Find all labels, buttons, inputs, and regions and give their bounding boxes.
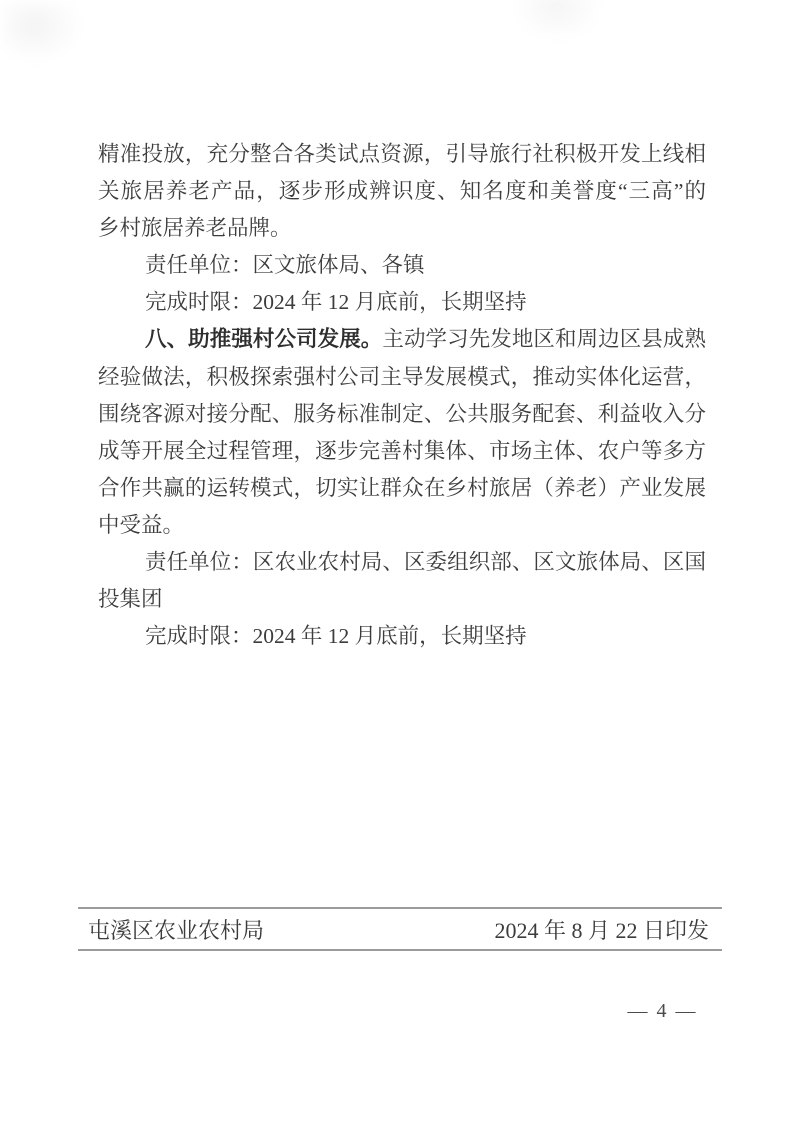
text-line: 责任单位：区文旅体局、各镇 xyxy=(98,247,706,284)
text-line: 八、助推强村公司发展。主动学习先发地区和周边区县成熟 xyxy=(98,321,706,358)
scan-artifact-top-right xyxy=(512,0,602,40)
text-line: 完成时限：2024 年 12 月底前，长期坚持 xyxy=(98,284,706,321)
section-heading: 八、助推强村公司发展。 xyxy=(145,327,382,351)
footer-row: 屯溪区农业农村局 2024 年 8 月 22 日印发 xyxy=(88,909,709,949)
text-line: 责任单位：区农业农村局、区委组织部、区文旅体局、区国 xyxy=(98,544,706,581)
text-line: 中受益。 xyxy=(98,507,706,544)
body-text: 精准投放，充分整合各类试点资源，引导旅行社积极开发上线相关旅居养老产品，逐步形成… xyxy=(98,136,706,655)
text-line: 成等开展全过程管理，逐步完善村集体、市场主体、农户等多方 xyxy=(98,433,706,470)
text-line: 合作共赢的运转模式，切实让群众在乡村旅居（养老）产业发展 xyxy=(98,470,706,507)
page-number: — 4 — xyxy=(620,1000,705,1022)
scan-artifact-top-left xyxy=(4,2,82,62)
text-line: 精准投放，充分整合各类试点资源，引导旅行社积极开发上线相 xyxy=(98,136,706,173)
text-line: 乡村旅居养老品牌。 xyxy=(98,210,706,247)
footer-rule-bottom xyxy=(78,949,722,951)
text-line: 经验做法，积极探索强村公司主导发展模式，推动实体化运营， xyxy=(98,359,706,396)
text-line: 投集团 xyxy=(98,581,706,618)
text-line: 围绕客源对接分配、服务标准制定、公共服务配套、利益收入分 xyxy=(98,396,706,433)
issuing-org: 屯溪区农业农村局 xyxy=(88,914,264,945)
text-line: 关旅居养老产品，逐步形成辨识度、知名度和美誉度“三高”的 xyxy=(98,173,706,210)
text-line: 完成时限：2024 年 12 月底前，长期坚持 xyxy=(98,618,706,655)
print-date: 2024 年 8 月 22 日印发 xyxy=(494,914,709,945)
document-page: 精准投放，充分整合各类试点资源，引导旅行社积极开发上线相关旅居养老产品，逐步形成… xyxy=(0,0,793,1122)
